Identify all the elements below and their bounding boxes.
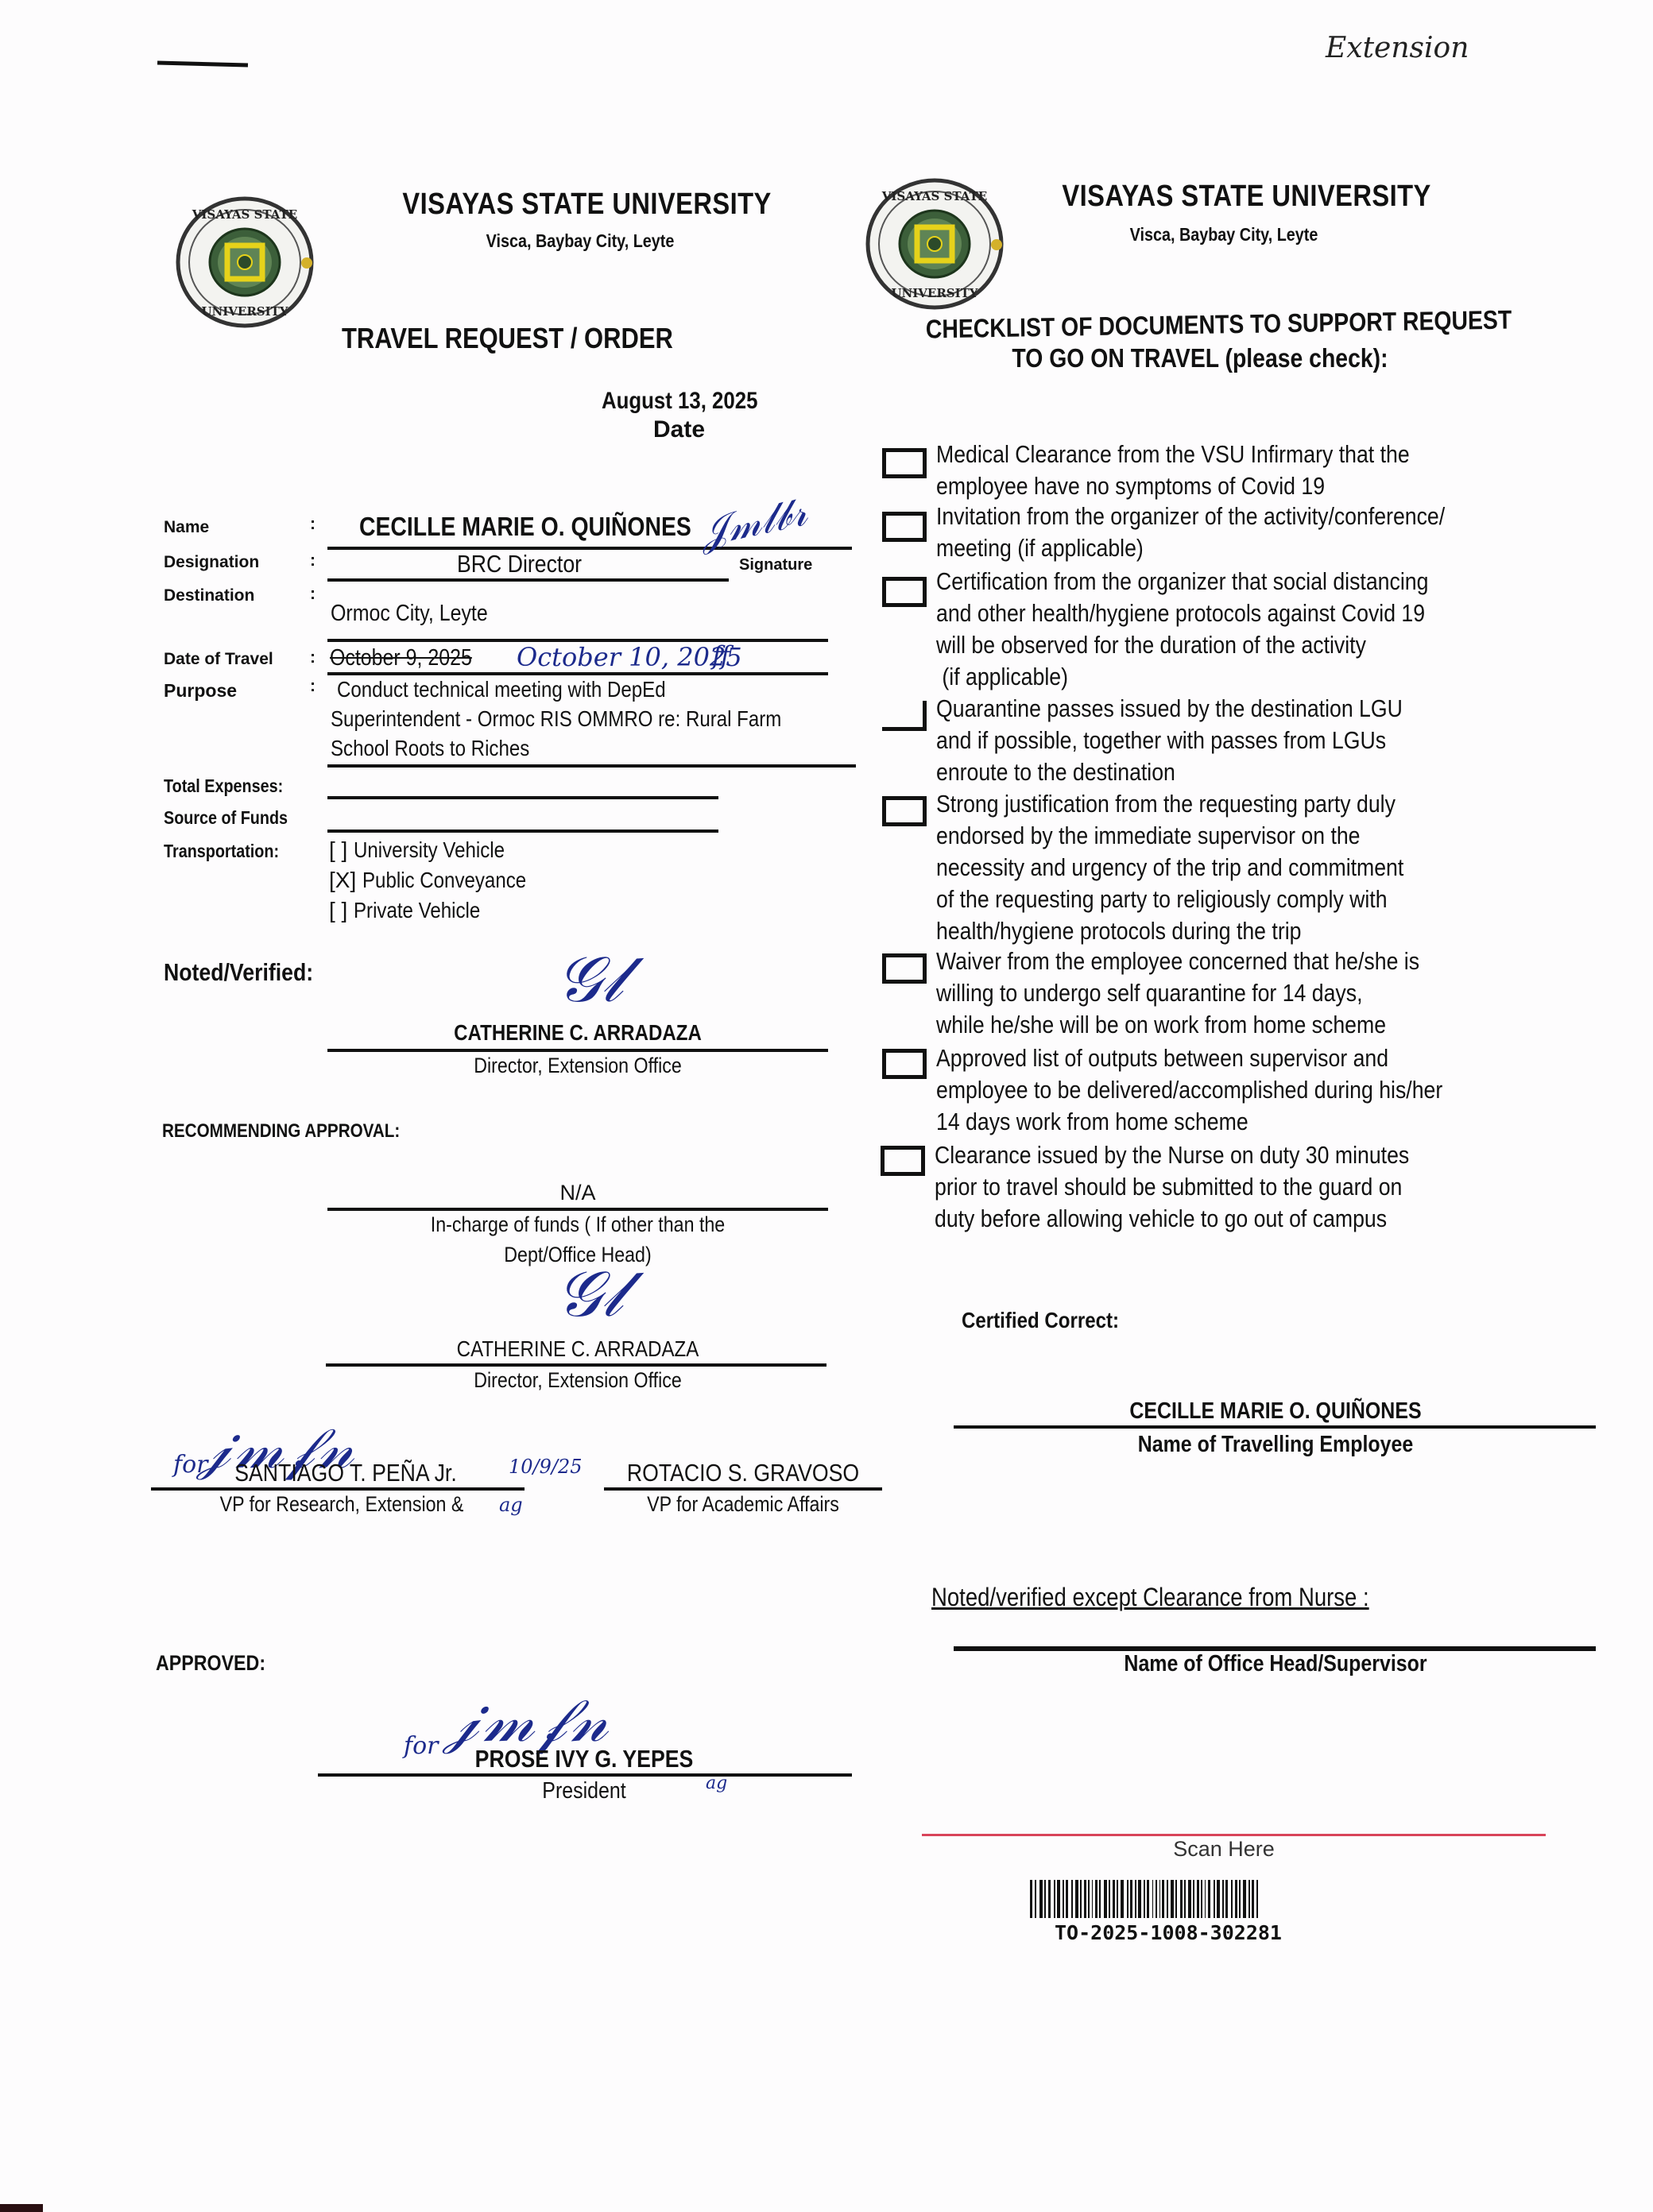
checklist-title-line-2: TO GO ON TRAVEL (please check): [995,343,1405,373]
dept-head-line [326,1363,826,1367]
scan-divider-line [922,1834,1546,1836]
source-of-funds-field[interactable] [327,829,718,833]
checklist-checkbox-waiver[interactable] [882,953,927,984]
transport-option-private-vehicle[interactable]: [ ] Private Vehicle [329,898,501,923]
transport-checkbox[interactable]: [ ] [329,898,347,922]
president-name: PROSE IVY G. YEPES [355,1745,813,1773]
vp-academic-title: VP for Academic Affairs [624,1492,863,1517]
certified-employee-name: CECILLE MARIE O. QUIÑONES [999,1398,1553,1425]
vsu-seal-left: VISAYAS STATE UNIVERSITY [173,195,316,330]
date-of-travel-label: Date of Travel [164,650,273,669]
source-of-funds-label: Source of Funds [164,807,288,829]
president-title: President [355,1778,813,1804]
designation-underline [327,578,729,582]
purpose-line-2: Superintendent - Ormoc RIS OMMRO re: Rur… [331,706,781,732]
total-expenses-label: Total Expenses: [164,775,283,797]
colon: : [310,515,316,534]
date-of-travel-handwritten: October 10, 2025 [517,642,742,672]
transport-option-university-vehicle[interactable]: [ ] University Vehicle [329,837,529,863]
request-date-label: Date [653,416,705,443]
name-label: Name [164,518,209,537]
checklist-item-nurse-clearance: Clearance issued by the Nurse on duty 30… [935,1139,1409,1235]
vsu-seal-right: VISAYAS STATE UNIVERSITY [863,176,1006,311]
checklist-item-invitation: Invitation from the organizer of the act… [936,501,1445,564]
vp-research-line [151,1487,525,1491]
checklist-checkbox-strong-justification[interactable] [882,796,927,826]
signature-label: Signature [739,556,812,574]
purpose-line-3: School Roots to Riches [331,736,529,761]
svg-text:VISAYAS STATE: VISAYAS STATE [192,207,297,222]
university-seal-icon: VISAYAS STATE UNIVERSITY [173,195,316,330]
funds-incharge-title-line-1: In-charge of funds ( If other than the [362,1212,793,1237]
svg-text:UNIVERSITY: UNIVERSITY [201,304,288,319]
purpose-underline [327,764,856,768]
barcode[interactable] [1030,1880,1258,1918]
recommending-approval-label: RECOMMENDING APPROVAL: [162,1120,400,1143]
destination-label: Destination [164,586,254,605]
checklist-checkbox-approved-outputs[interactable] [882,1049,927,1079]
approved-label: APPROVED: [156,1651,265,1676]
transport-option-label: Public Conveyance [362,868,526,893]
transport-option-label: Private Vehicle [354,898,480,923]
university-address-left: Visca, Baybay City, Leyte [451,230,710,252]
university-name-right: VISAYAS STATE UNIVERSITY [1062,180,1417,214]
noted-verified-label: Noted/Verified: [164,958,313,987]
svg-text:UNIVERSITY: UNIVERSITY [891,286,977,300]
checklist-item-medical-clearance: Medical Clearance from the VSU Infirmary… [936,439,1410,502]
destination-value: Ormoc City, Leyte [331,601,488,627]
colon: : [310,677,316,696]
checklist-item-certification: Certification from the organizer that so… [936,566,1428,693]
svg-text:VISAYAS STATE: VISAYAS STATE [881,189,987,203]
president-line [318,1773,852,1777]
form-title: TRAVEL REQUEST / ORDER [342,322,673,355]
date-of-travel-underline [327,672,828,675]
vp-research-initials: ag [499,1494,523,1516]
purpose-label: Purpose [164,680,237,702]
date-of-travel-struck: October 9, 2025 [330,645,472,671]
transportation-label: Transportation: [164,841,279,862]
dept-head-name: CATHERINE C. ARRADAZA [362,1336,793,1362]
noted-except-nurse-label: Noted/verified except Clearance from Nur… [931,1583,1369,1612]
designation-label: Designation [164,553,259,572]
certified-employee-line [954,1425,1596,1429]
designation-value: BRC Director [457,550,582,578]
checklist-checkbox-medical-clearance[interactable] [882,448,927,478]
checklist-item-quarantine-passes: Quarantine passes issued by the destinat… [936,693,1403,788]
university-address-right: Visca, Baybay City, Leyte [1108,224,1340,246]
checklist-item-waiver: Waiver from the employee concerned that … [936,946,1419,1041]
noted-signature-line [327,1049,828,1052]
total-expenses-field[interactable] [327,796,718,799]
president-initials: ag [706,1773,727,1793]
colon: : [310,551,316,570]
scan-edge-mark [0,2204,43,2212]
recommending-signature: 𝒢𝓁 [556,1257,623,1332]
top-right-handwritten-note: Extension [1326,32,1469,64]
date-change-initials: ff [712,640,730,671]
noted-signature: 𝒢𝓁 [556,942,623,1017]
transport-checkbox-checked[interactable]: [X] [329,868,356,892]
vp-academic-line [604,1487,882,1491]
traveller-name: CECILLE MARIE O. QUIÑONES [359,512,691,542]
vp-research-name: SANTIAGO T. PEÑA Jr. [185,1459,506,1487]
name-underline [327,547,852,550]
checklist-item-strong-justification: Strong justification from the requesting… [936,788,1403,947]
purpose-line-1: Conduct technical meeting with DepEd [337,677,666,702]
university-name-left: VISAYAS STATE UNIVERSITY [402,188,757,222]
scan-here-label: Scan Here [1065,1837,1383,1862]
top-left-dash [157,61,248,68]
checklist-checkbox-nurse-clearance[interactable] [881,1146,925,1176]
checklist-checkbox-invitation[interactable] [882,512,927,542]
university-seal-icon: VISAYAS STATE UNIVERSITY [863,176,1006,311]
transport-checkbox[interactable]: [ ] [329,837,347,862]
request-date: August 13, 2025 [602,388,757,415]
vp-academic-name: ROTACIO S. GRAVOSO [624,1459,863,1487]
vp-research-date: 10/9/25 [509,1456,583,1478]
checklist-checkbox-certification[interactable] [882,577,927,607]
barcode-number: TO-2025-1008-302281 [1033,1921,1303,1944]
funds-incharge-line [327,1208,828,1211]
checklist-item-approved-outputs: Approved list of outputs between supervi… [936,1042,1442,1138]
noted-signatory-name: CATHERINE C. ARRADAZA [362,1020,793,1046]
transport-option-label: University Vehicle [354,837,505,863]
dept-head-title: Director, Extension Office [362,1368,793,1393]
certified-employee-title: Name of Travelling Employee [999,1432,1553,1458]
funds-incharge-name: N/A [327,1181,828,1205]
transport-option-public-conveyance[interactable]: [X] Public Conveyance [329,868,553,893]
noted-signatory-title: Director, Extension Office [362,1054,793,1078]
certified-correct-label: Certified Correct: [962,1308,1119,1333]
office-head-title: Name of Office Head/Supervisor [999,1651,1553,1677]
checklist-checkbox-quarantine-passes[interactable] [882,701,927,731]
vp-research-title: VP for Research, Extension & [181,1492,502,1517]
colon: : [310,648,316,667]
colon: : [310,585,316,604]
